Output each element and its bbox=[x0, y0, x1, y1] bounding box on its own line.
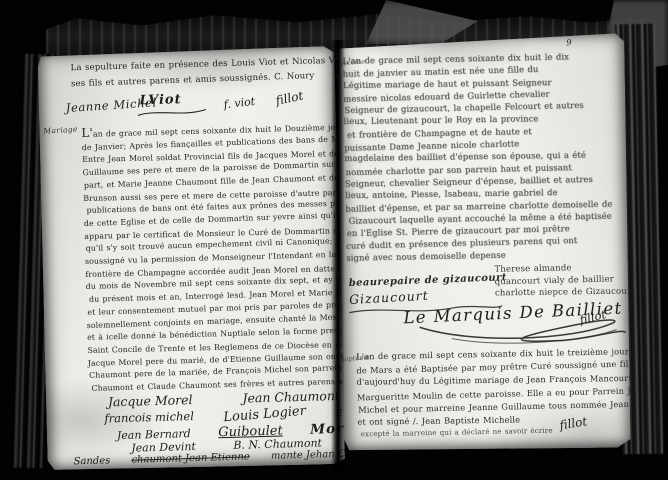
signature-jean-chaumont: Jean Chaumont bbox=[242, 388, 340, 406]
marriage-act-text: L'an de grace mil sept cens soixante dix… bbox=[81, 120, 342, 396]
signature-lviot: LViot bbox=[139, 92, 181, 108]
witness-beaurepaire: beaurepaire de gizaucourt bbox=[349, 272, 507, 289]
signature-f-viot: f. viot bbox=[223, 95, 256, 112]
baptism-act-1-text: L'an de grace mil sept cens soixante dix… bbox=[342, 49, 624, 263]
right-page: 9 Baptême L'an de grace mil sept cens so… bbox=[336, 33, 632, 452]
witness-names-right: Therese almandequancourt vialy de bailli… bbox=[494, 261, 634, 300]
signature-francois-michel: francois michel bbox=[104, 409, 194, 425]
signature-sandes: Sandes bbox=[73, 455, 110, 467]
grand-signature-block: Le Marquis De Bailliet bbox=[403, 301, 643, 325]
left-page: La sepulture faite en présence des Louis… bbox=[36, 46, 346, 472]
signature-fillot: fillot bbox=[274, 89, 304, 108]
burial-act-ending: La sepulture faite en présence des Louis… bbox=[70, 54, 347, 92]
signature-flourish bbox=[136, 107, 208, 118]
signature-jacque-morel: Jacque Morel bbox=[108, 392, 193, 409]
margin-note-mariage: Mariage bbox=[43, 125, 78, 136]
parish-register-scan: La sepulture faite en présence des Louis… bbox=[0, 0, 668, 480]
book-gutter-shadow bbox=[331, 40, 345, 472]
manuscript-line: charlotte niepce de Gizaucourt bbox=[495, 285, 635, 299]
page-number: 9 bbox=[566, 38, 572, 48]
signature-chaumont-jean-etienne: chaumont Jean Etienne bbox=[131, 451, 250, 465]
